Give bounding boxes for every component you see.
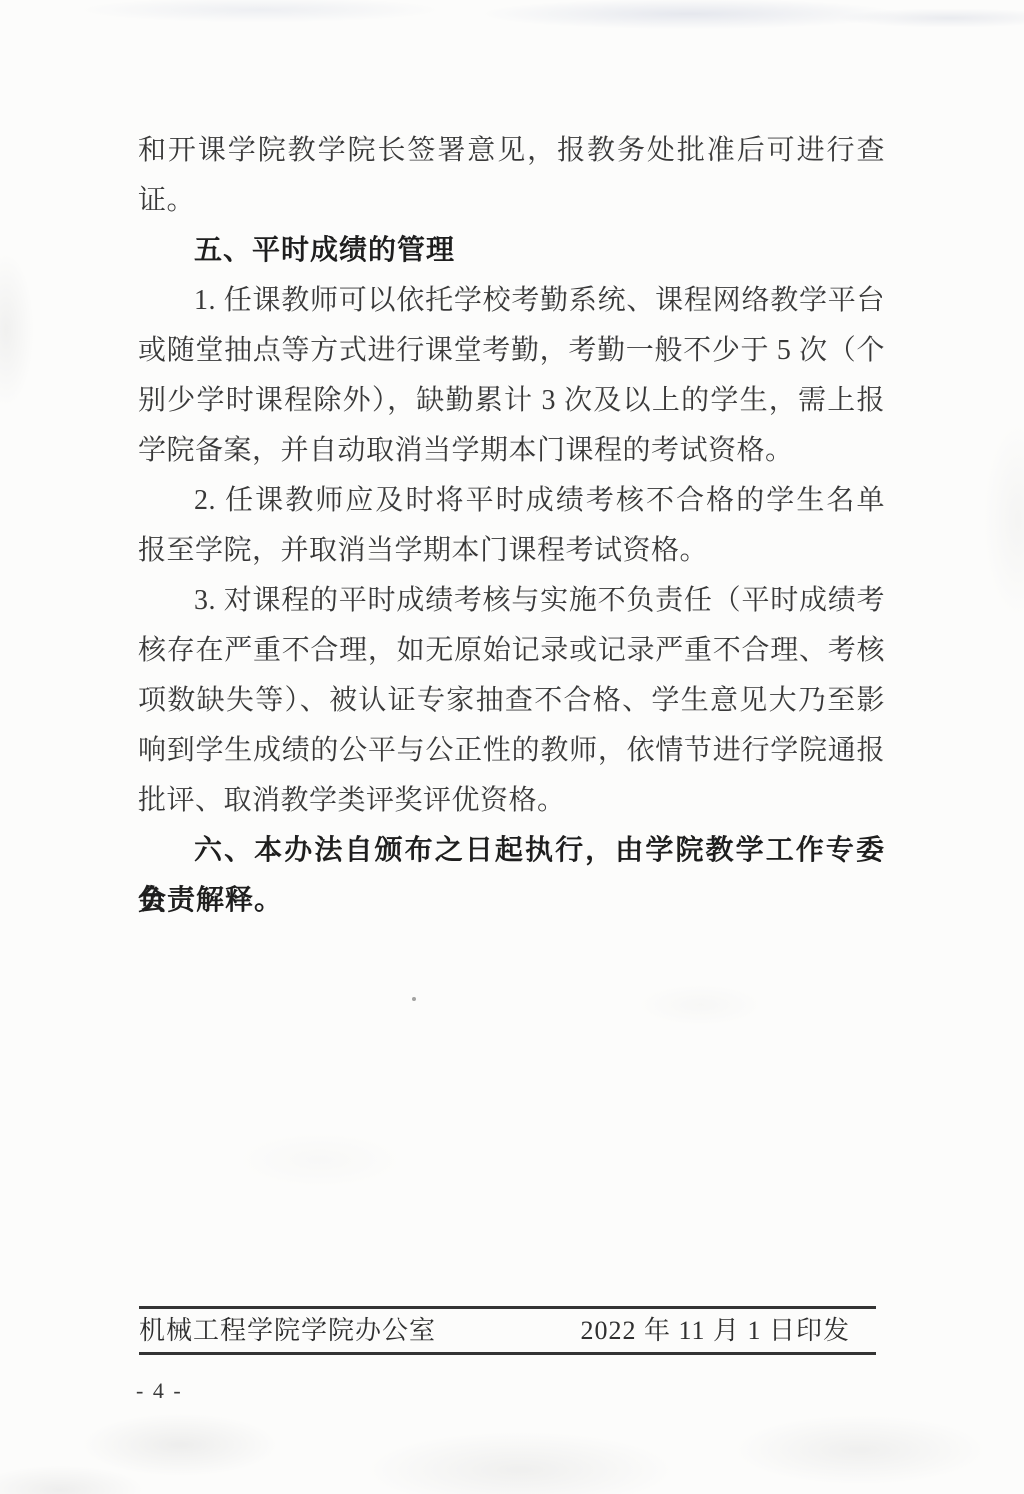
section-5-heading: 五、平时成绩的管理 bbox=[138, 226, 885, 276]
scan-speck bbox=[412, 997, 416, 1001]
scanned-document-page: 和开课学院教学院长签署意见，报教务处批准后可进行查 证。 五、平时成绩的管理 1… bbox=[0, 0, 1024, 1494]
colophon: 机械工程学院学院办公室 2022 年 11 月 1 日印发 bbox=[139, 1313, 876, 1349]
footer-rule-bottom bbox=[139, 1352, 876, 1355]
body-line: 别少学时课程除外），缺勤累计 3 次及以上的学生，需上报 bbox=[138, 376, 885, 426]
body-line: 报至学院，并取消当学期本门课程考试资格。 bbox=[138, 526, 885, 576]
body-line: 证。 bbox=[138, 176, 885, 226]
section-6-heading-cont: 负责解释。 bbox=[138, 876, 885, 926]
body-line: 1. 任课教师可以依托学校考勤系统、课程网络教学平台 bbox=[138, 276, 885, 326]
page-number: - 4 - bbox=[136, 1378, 183, 1404]
body-line: 核存在严重不合理，如无原始记录或记录严重不合理、考核 bbox=[138, 626, 885, 676]
body-line: 或随堂抽点等方式进行课堂考勤，考勤一般不少于 5 次（个 bbox=[138, 326, 885, 376]
print-date: 2022 年 11 月 1 日印发 bbox=[580, 1312, 850, 1350]
body-line: 响到学生成绩的公平与公正性的教师，依情节进行学院通报 bbox=[138, 726, 885, 776]
body-line: 批评、取消教学类评奖评优资格。 bbox=[138, 776, 885, 826]
issuing-office: 机械工程学院学院办公室 bbox=[139, 1312, 436, 1350]
document-body: 和开课学院教学院长签署意见，报教务处批准后可进行查 证。 五、平时成绩的管理 1… bbox=[138, 126, 885, 926]
body-line: 2. 任课教师应及时将平时成绩考核不合格的学生名单 bbox=[138, 476, 885, 526]
section-6-heading: 六、本办法自颁布之日起执行，由学院教学工作专委会 bbox=[138, 826, 885, 876]
body-line: 学院备案，并自动取消当学期本门课程的考试资格。 bbox=[138, 426, 885, 476]
footer-rule-top bbox=[139, 1306, 876, 1309]
body-line: 和开课学院教学院长签署意见，报教务处批准后可进行查 bbox=[138, 126, 885, 176]
body-line: 项数缺失等）、被认证专家抽查不合格、学生意见大乃至影 bbox=[138, 676, 885, 726]
body-line: 3. 对课程的平时成绩考核与实施不负责任（平时成绩考 bbox=[138, 576, 885, 626]
